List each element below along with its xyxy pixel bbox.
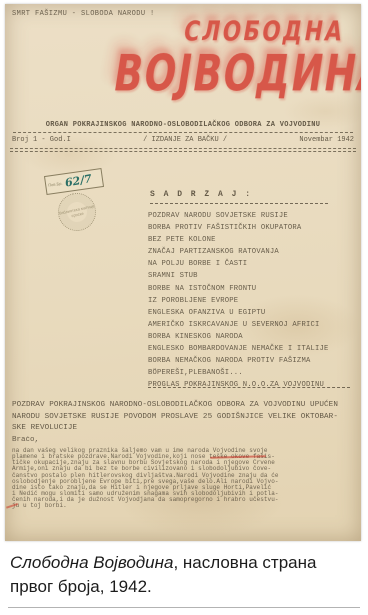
contents-item: BORBA PROTIV FAŠISTIČKIH OKUPATORA <box>148 222 353 234</box>
greeting-heading-line: NARODU SOVJETSKE RUSIJE POVODOM PROSLAVE… <box>12 412 356 424</box>
contents-heading-underline <box>150 203 328 204</box>
newspaper-title-line1: СЛОБОДНА <box>158 16 347 47</box>
figure-caption: Слободна Војводина, насловна страна прво… <box>10 551 360 599</box>
caption-title: Слободна Војводина <box>10 553 173 572</box>
dashed-rule-double-2 <box>10 151 356 152</box>
contents-item: AMERIČKO ISKRCAVANJE U SEVERNOJ AFRICI <box>148 319 353 331</box>
contents-item: BORBA NEMAČKOG NARODA PROTIV FAŠIZMA <box>148 355 353 367</box>
organ-line: ORGAN POKRAJINSKOG NARODNO-OSLOBODILAČKO… <box>5 121 361 129</box>
slogan-line: SMRT FAŠIZMU - SLOBODA NARODU ! <box>12 10 155 18</box>
newspaper-title-line2: ВОЈВОДИНА <box>110 44 353 103</box>
greeting-heading-line: POZDRAV POKRAJINSKOG NARODNO-OSLOBODILAČ… <box>12 400 356 412</box>
issue-row: Broj 1 - God.I / IZDANJE ZA BAČKU / Nove… <box>12 136 354 144</box>
contents-item: ENGLESKO BOMBARDOVANJE NEMAČKE I ITALIJE <box>148 343 353 355</box>
contents-item: SRAMNI STUB <box>148 270 353 282</box>
greeting-heading: POZDRAV POKRAJINSKOG NARODNO-OSLOBODILAČ… <box>12 400 356 435</box>
inventory-number: 62/7 <box>64 172 93 189</box>
contents-item: IZ POROBLJENE EVROPE <box>148 295 353 307</box>
inventory-stamp: Пов.Бр. 62/7 <box>44 168 104 195</box>
contents-item: BORBA KINESKOG NARODA <box>148 331 353 343</box>
contents-item: BEZ PETE KOLONE <box>148 234 353 246</box>
dashed-rule-top <box>13 132 353 133</box>
salutation: Braćo, <box>12 436 39 444</box>
round-library-stamp: библиотека матице српске <box>54 189 99 234</box>
newspaper-scan: SMRT FAŠIZMU - SLOBODA NARODU ! СЛОБОДНА… <box>5 4 361 541</box>
contents-bottom-underline <box>148 387 350 388</box>
contents-list: POZDRAV NARODU SOVJETSKE RUSIJE BORBA PR… <box>148 210 353 391</box>
body-line: ju u toj borbi. <box>12 503 356 509</box>
issue-edition: / IZDANJE ZA BAČKU / <box>143 136 227 144</box>
contents-heading: S A D R Ž A J : <box>150 190 252 199</box>
contents-item: ENGLESKA OFANZIVA U EGIPTU <box>148 307 353 319</box>
caption-divider <box>8 607 360 608</box>
issue-number: Broj 1 - God.I <box>12 136 71 144</box>
greeting-body: na dan vašeg velikog praznika šaljemo va… <box>12 448 356 510</box>
inventory-stamp-prefix: Пов.Бр. <box>48 181 63 188</box>
dashed-rule-double-1 <box>10 148 356 149</box>
contents-item: POZDRAV NARODU SOVJETSKE RUSIJE <box>148 210 353 222</box>
contents-item: ZNAČAJ PARTIZANSKOG RATOVANJA <box>148 246 353 258</box>
greeting-heading-line: SKE REVOLUCIJE <box>12 423 356 435</box>
issue-date: Novembar 1942 <box>299 136 354 144</box>
contents-item: PROGLAS POKRAJINSKOG N.O.O.ZA VOJVODINU <box>148 379 353 391</box>
contents-item: NA POLJU BORBE I ČASTI <box>148 258 353 270</box>
page: { "masthead": { "slogan": "SMRT FAŠIZMU … <box>0 0 368 615</box>
contents-item: BÖPEREŠI,PLEBANOŠI... <box>148 367 353 379</box>
contents-item: BORBE NA ISTOČNOM FRONTU <box>148 283 353 295</box>
